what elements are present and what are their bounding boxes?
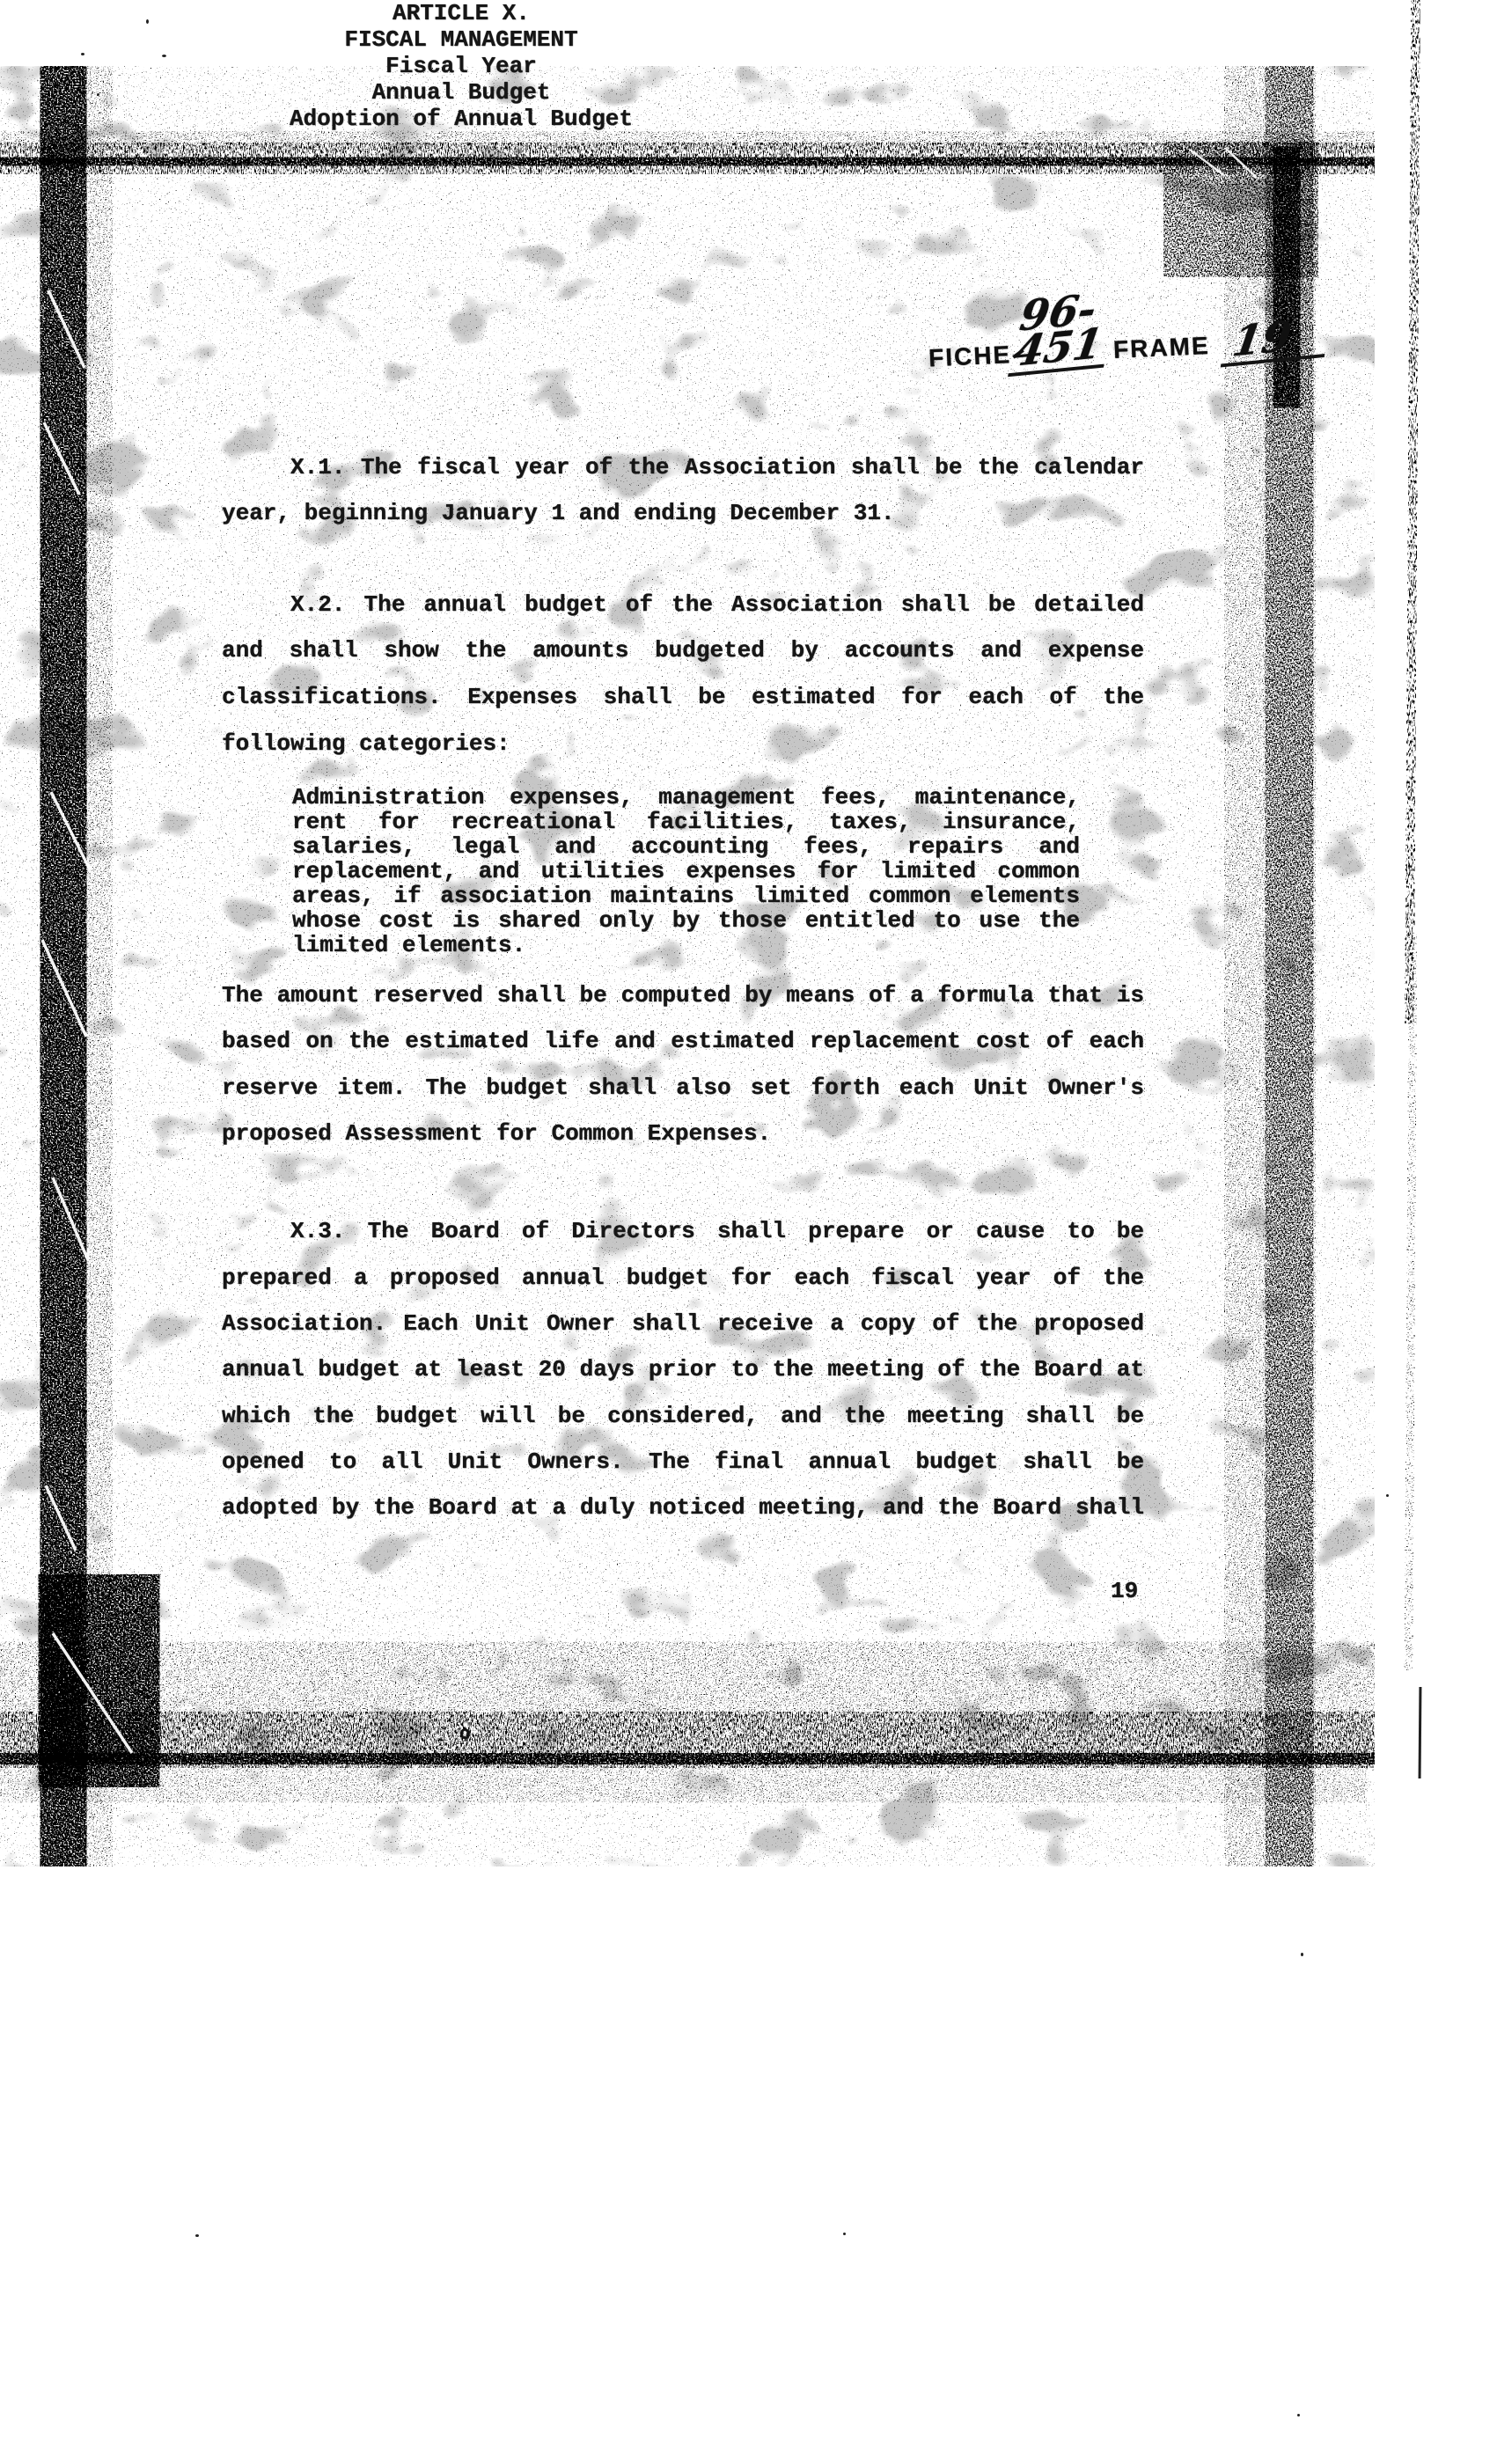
- text-line: year, beginning January 1 and ending Dec…: [222, 500, 1144, 526]
- text-line: The amount reserved shall be computed by…: [222, 982, 1144, 1008]
- text-line: rent for recreational facilities, taxes,…: [292, 809, 1080, 835]
- text-line: following categories:: [222, 730, 1144, 757]
- text-line: opened to all Unit Owners. The final ann…: [222, 1448, 1144, 1475]
- text-line: salaries, legal and accounting fees, rep…: [292, 833, 1080, 860]
- text-line: whose cost is shared only by those entit…: [292, 907, 1080, 934]
- section-heading-fiscal-year: Fiscal Year: [0, 53, 922, 79]
- text-line: which the budget will be considered, and…: [222, 1403, 1144, 1429]
- text-line: annual budget at least 20 days prior to …: [222, 1356, 1144, 1382]
- text-line: limited elements.: [292, 932, 1080, 958]
- stray-typed-mark: o: [459, 1725, 471, 1745]
- text-line: and shall show the amounts budgeted by a…: [222, 637, 1144, 664]
- text-line: based on the estimated life and estimate…: [222, 1028, 1144, 1054]
- page-number: 19: [1111, 1578, 1163, 1604]
- section-heading-annual-budget: Annual Budget: [0, 79, 922, 106]
- article-subtitle: FISCAL MANAGEMENT: [0, 26, 922, 53]
- text-line: classifications. Expenses shall be estim…: [222, 684, 1144, 710]
- text-line: prepared a proposed annual budget for ea…: [222, 1265, 1144, 1291]
- text-line: X.3. The Board of Directors shall prepar…: [290, 1218, 1144, 1244]
- text-line: reserve item. The budget shall also set …: [222, 1074, 1144, 1101]
- text-line: X.2. The annual budget of the Associatio…: [290, 591, 1144, 618]
- text-line: proposed Assessment for Common Expenses.: [222, 1120, 1144, 1147]
- scanned-document-page: FICHE 96-451 FRAME 19 ARTICLE X. FISCAL …: [0, 0, 1497, 2464]
- text-line: Administration expenses, management fees…: [292, 784, 1080, 810]
- article-heading: ARTICLE X.: [0, 0, 922, 26]
- text-line: replacement, and utilities expenses for …: [292, 858, 1080, 884]
- text-line: X.1. The fiscal year of the Association …: [290, 454, 1144, 480]
- text-line: areas, if association maintains limited …: [292, 883, 1080, 909]
- text-line: Association. Each Unit Owner shall recei…: [222, 1310, 1144, 1337]
- document-text-layer: ARTICLE X. FISCAL MANAGEMENT Fiscal Year…: [0, 0, 1497, 2464]
- text-line: adopted by the Board at a duly noticed m…: [222, 1494, 1144, 1521]
- section-heading-adoption: Adoption of Annual Budget: [0, 106, 922, 132]
